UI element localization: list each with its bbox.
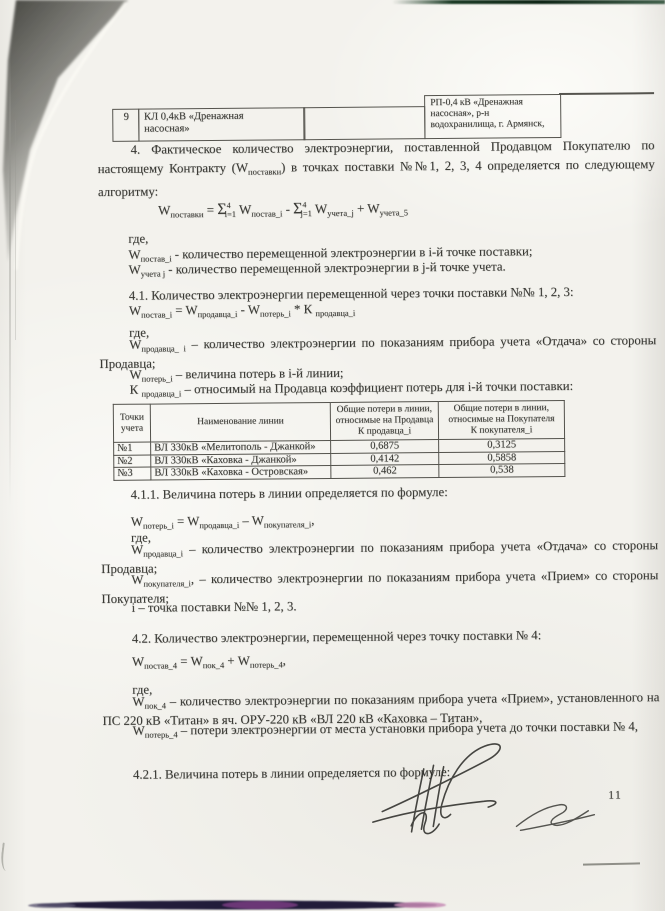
formula-4-1: Wпостав_i = Wпродавца_i - Wпотерь_i * К …	[129, 302, 355, 323]
top-table-destination-cell: РП-0,4 кВ «Дренажная насосная», р-н водо…	[424, 94, 561, 139]
definition-k-prodavca: К продавца_i – относимый на Продавца коэ…	[130, 379, 574, 402]
header-line-name: Наименование линии	[150, 402, 330, 442]
top-table-fragment: 9 КЛ 0,4кВ «Дренажная насосная» РП-0,4 к…	[112, 94, 561, 142]
header-seller-losses: Общие потери в линии, относимые на Прода…	[330, 402, 438, 441]
loss-coefficient-table: Точки учета Наименование линии Общие пот…	[113, 400, 566, 480]
header-tochki-ucheta: Точки учета	[113, 404, 150, 442]
header-buyer-losses: Общие потери в линии, относимые на Покуп…	[438, 400, 564, 439]
page-number: 11	[608, 788, 622, 803]
formula-4-1-1: Wпотерь_i = Wпродавца_i – Wпокупателя_i,	[131, 513, 315, 534]
formula-total-supply: Wпоставки = Σ4i=1 Wпостав_i - Σ4j=1 Wуче…	[158, 196, 408, 222]
handwritten-signature-secondary	[508, 796, 598, 839]
clause-4-1-1-heading: 4.1.1. Величина потерь в линии определяе…	[130, 485, 447, 503]
row-3-line-name: ВЛ 330кВ «Каховка - Островская»	[151, 465, 331, 479]
row-3-number: №3	[114, 467, 151, 480]
clause-4-paragraph: 4. Фактическое количество электроэнергии…	[97, 136, 655, 201]
row-1-line-name: ВЛ 330кВ «Мелитополь - Джанкой»	[151, 440, 331, 454]
table-border-remnant	[559, 92, 654, 94]
loss-table-header-row: Точки учета Наименование линии Общие пот…	[113, 400, 564, 442]
row-2-buyer-value: 0,5858	[439, 451, 565, 465]
definition-w-poter-4: Wпотерь_4 – потери электроэнергии от мес…	[103, 719, 660, 743]
clause-4-2-heading: 4.2. Количество электроэнергии, перемеще…	[132, 628, 542, 647]
top-table-empty-cell	[304, 106, 426, 140]
formula-4-2: Wпостав_4 = Wпок_4 + Wпотерь_4,	[132, 653, 286, 674]
where-label-1: где,	[128, 232, 148, 247]
row-3-seller-value: 0,462	[331, 465, 439, 478]
row-1-seller-value: 0,6875	[331, 440, 439, 453]
top-table-line-name: КЛ 0,4кВ «Дренажная насосная»	[138, 107, 305, 141]
document-content: 9 КЛ 0,4кВ «Дренажная насосная» РП-0,4 к…	[0, 0, 665, 911]
scanned-page: 9 КЛ 0,4кВ «Дренажная насосная» РП-0,4 к…	[0, 0, 665, 911]
row-1-buyer-value: 0,3125	[439, 438, 565, 452]
handwritten-signature-main	[366, 740, 512, 843]
definition-w-ucheta: Wучета j - количество перемещенной элект…	[129, 259, 506, 281]
definition-i-points: i – точка поставки №№ 1, 2, 3.	[131, 599, 296, 616]
top-table-row-number: 9	[112, 109, 139, 142]
row-1-number: №1	[114, 442, 151, 455]
row-3-buyer-value: 0,538	[439, 463, 565, 477]
row-2-number: №2	[114, 455, 151, 468]
row-2-seller-value: 0,4142	[331, 452, 439, 465]
